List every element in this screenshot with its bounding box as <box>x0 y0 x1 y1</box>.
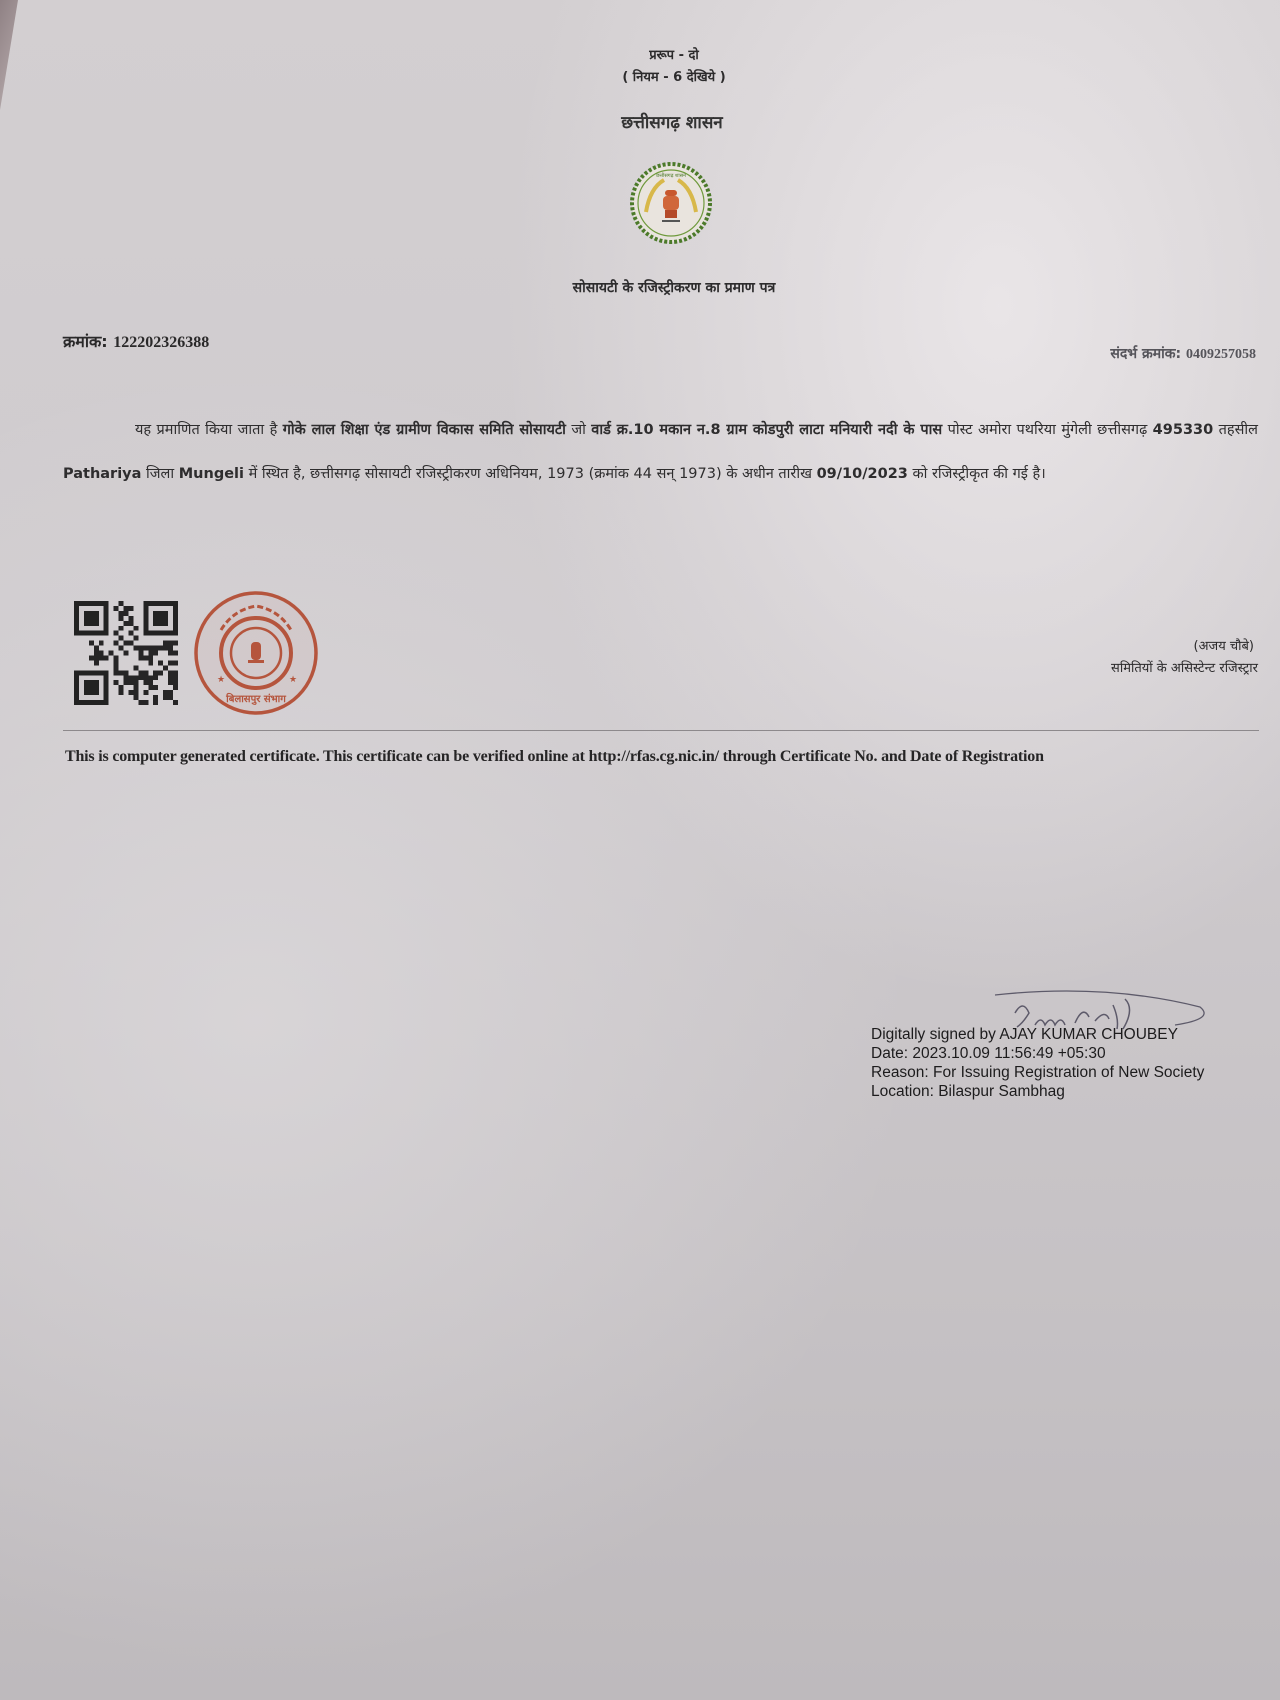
government-heading: छत्तीसगढ़ शासन <box>0 110 1280 133</box>
society-name: गोके लाल शिक्षा एंड ग्रामीण विकास समिति … <box>283 422 566 438</box>
chhattisgarh-emblem-icon: छत्तीसगढ़ शासन <box>630 162 712 244</box>
body-closing: को रजिस्ट्रीकृत की गई है। <box>908 466 1046 482</box>
form-number: प्ररूप - दो <box>0 45 1280 63</box>
svg-text:बिलासपुर संभाग: बिलासपुर संभाग <box>225 692 286 705</box>
rule-reference: ( नियम - 6 देखिये ) <box>0 67 1280 85</box>
verification-qr-code-icon <box>73 601 179 705</box>
certificate-paper <box>0 0 1280 1700</box>
svg-text:★: ★ <box>289 675 297 685</box>
act-text: में स्थित है, छत्तीसगढ़ सोसायटी रजिस्ट्र… <box>244 466 817 482</box>
signature-location: Location: Bilaspur Sambhag <box>871 1082 1204 1101</box>
body-post: पोस्ट अमोरा पथरिया मुंगेली छत्तीसगढ़ <box>942 422 1153 438</box>
serial-label: क्रमांक: <box>63 332 108 351</box>
district: Mungeli <box>179 466 244 482</box>
tehsil: Pathariya <box>63 466 141 482</box>
signatory-designation: समितियों के असिस्टेन्ट रजिस्ट्रार <box>1111 658 1258 676</box>
body-connector: जो <box>566 422 591 438</box>
registration-date: 09/10/2023 <box>817 466 908 482</box>
reference-number: संदर्भ क्रमांक: 0409257058 <box>1110 344 1256 363</box>
signature-reason: Reason: For Issuing Registration of New … <box>871 1063 1204 1082</box>
serial-number: क्रमांक: 122202326388 <box>63 330 209 352</box>
society-address: वार्ड क्र.10 मकान न.8 ग्राम कोडपुरी लाटा… <box>591 422 942 438</box>
reference-value: 0409257058 <box>1186 347 1256 362</box>
serial-value: 122202326388 <box>113 334 209 351</box>
district-label: जिला <box>141 466 178 482</box>
signed-by: Digitally signed by AJAY KUMAR CHOUBEY <box>871 1025 1204 1044</box>
certificate-title: सोसायटी के रजिस्ट्रीकरण का प्रमाण पत्र <box>0 278 1280 297</box>
svg-text:छत्तीसगढ़ शासन: छत्तीसगढ़ शासन <box>656 172 686 179</box>
signature-date: Date: 2023.10.09 11:56:49 +05:30 <box>871 1044 1204 1063</box>
certificate-body: यह प्रमाणित किया जाता है गोके लाल शिक्षा… <box>63 408 1258 496</box>
digital-signature-block: Digitally signed by AJAY KUMAR CHOUBEY D… <box>871 1025 1204 1101</box>
reference-label: संदर्भ क्रमांक: <box>1110 346 1181 362</box>
verification-note: This is computer generated certificate. … <box>65 748 1044 766</box>
bilaspur-sambhag-seal-icon: बिलासपुर संभाग ★ ★ <box>193 590 319 716</box>
svg-text:★: ★ <box>217 675 225 685</box>
pincode: 495330 <box>1153 422 1214 438</box>
body-intro: यह प्रमाणित किया जाता है <box>135 422 283 438</box>
signatory-name: (अजय चौबे) <box>1194 636 1254 654</box>
footer-divider <box>63 730 1259 731</box>
tehsil-label: तहसील <box>1213 422 1258 438</box>
